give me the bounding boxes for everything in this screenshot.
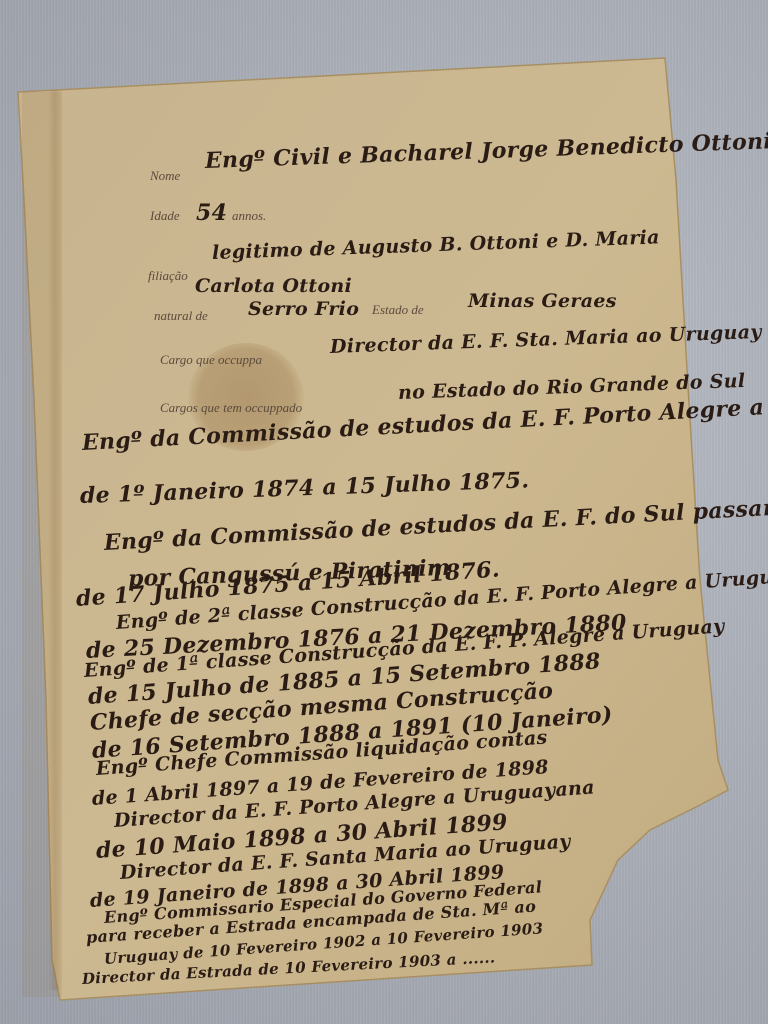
value-idade: 54 (196, 200, 227, 226)
label-filiacao: filiação (148, 268, 188, 284)
label-idade: Idade (150, 208, 180, 224)
paper-fold-line (48, 90, 62, 990)
value-estado: Minas Geraes (468, 290, 617, 312)
value-natural: Serro Frio (248, 298, 359, 320)
value-filiacao-2: Carlota Ottoni (195, 275, 352, 297)
document-photo: Nome Engº Civil e Bacharel Jorge Benedic… (0, 0, 768, 1024)
label-estado: Estado de (372, 302, 424, 318)
label-nome: Nome (150, 168, 180, 184)
label-cargo: Cargo que occuppa (160, 352, 262, 368)
label-cargos: Cargos que tem occuppado (160, 400, 302, 416)
label-natural: natural de (154, 308, 208, 324)
idade-suffix: annos. (232, 208, 266, 224)
